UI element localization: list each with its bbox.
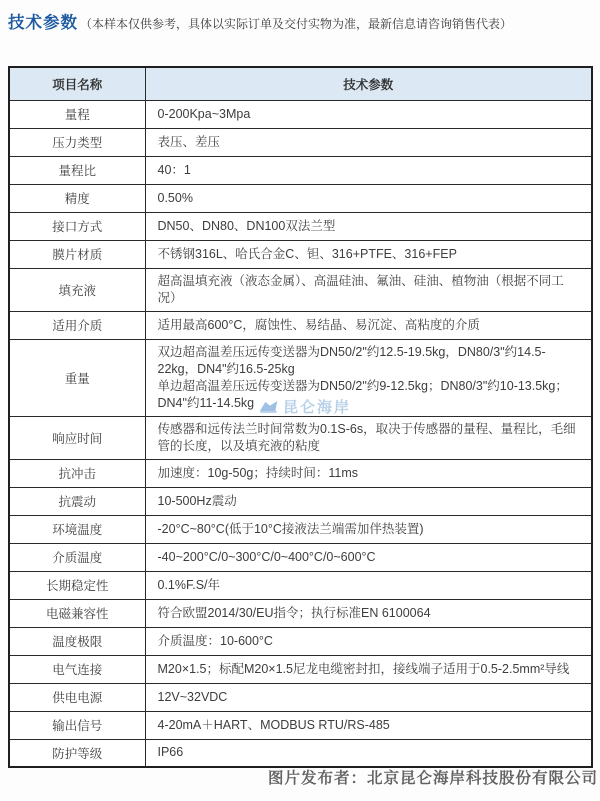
column-header-tech-params: 技术参数 — [145, 67, 592, 100]
spec-item-value: -40~200°C/0~300°C/0~400°C/0~600°C — [145, 543, 592, 571]
table-row: 精度0.50% — [9, 184, 592, 212]
table-row: 抗震动10-500Hz震动 — [9, 487, 592, 515]
spec-item-value: 适用最高600°C，腐蚀性、易结晶、易沉淀、高粘度的介质 — [145, 311, 592, 339]
spec-item-value: 12V~32VDC — [145, 683, 592, 711]
spec-item-value: 表压、差压 — [145, 128, 592, 156]
spec-item-name: 电磁兼容性 — [9, 599, 145, 627]
table-row: 介质温度-40~200°C/0~300°C/0~400°C/0~600°C — [9, 543, 592, 571]
table-row: 压力类型表压、差压 — [9, 128, 592, 156]
spec-item-name: 长期稳定性 — [9, 571, 145, 599]
table-row: 膜片材质不锈钢316L、哈氏合金C、钽、316+PTFE、316+FEP — [9, 240, 592, 268]
page-title: 技术参数 — [8, 14, 78, 32]
spec-item-value: 不锈钢316L、哈氏合金C、钽、316+PTFE、316+FEP — [145, 240, 592, 268]
table-row: 供电电源12V~32VDC — [9, 683, 592, 711]
table-row: 长期稳定性0.1%F.S/年 — [9, 571, 592, 599]
spec-item-name: 响应时间 — [9, 416, 145, 459]
table-header-row: 项目名称 技术参数 — [9, 67, 592, 100]
column-header-item-name: 项目名称 — [9, 67, 145, 100]
spec-item-name: 环境温度 — [9, 515, 145, 543]
table-row: 接口方式DN50、DN80、DN100双法兰型 — [9, 212, 592, 240]
table-row: 防护等级IP66 — [9, 739, 592, 767]
spec-item-value: IP66 — [145, 739, 592, 767]
spec-item-value: -20°C~80°C(低于10°C接液法兰端需加伴热装置) — [145, 515, 592, 543]
table-row: 输出信号4-20mA＋HART、MODBUS RTU/RS-485 — [9, 711, 592, 739]
spec-item-name: 膜片材质 — [9, 240, 145, 268]
spec-item-value: M20×1.5；标配M20×1.5尼龙电缆密封扣，接线端子适用于0.5-2.5m… — [145, 655, 592, 683]
publisher-credit: 图片发布者：北京昆仑海岸科技股份有限公司 — [268, 766, 598, 788]
table-row: 抗冲击加速度：10g-50g；持续时间：11ms — [9, 459, 592, 487]
spec-item-name: 温度极限 — [9, 627, 145, 655]
spec-item-value: 加速度：10g-50g；持续时间：11ms — [145, 459, 592, 487]
spec-item-name: 接口方式 — [9, 212, 145, 240]
spec-table: 项目名称 技术参数 量程0-200Kpa~3Mpa压力类型表压、差压量程比40：… — [8, 66, 593, 768]
table-row: 量程0-200Kpa~3Mpa — [9, 100, 592, 128]
table-row: 适用介质适用最高600°C，腐蚀性、易结晶、易沉淀、高粘度的介质 — [9, 311, 592, 339]
table-row: 电气连接M20×1.5；标配M20×1.5尼龙电缆密封扣，接线端子适用于0.5-… — [9, 655, 592, 683]
spec-sheet-page: 技术参数（本样本仅供参考，具体以实际订单及交付实物为准，最新信息请咨询销售代表）… — [0, 0, 600, 801]
spec-item-value: 0.50% — [145, 184, 592, 212]
page-header: 技术参数（本样本仅供参考，具体以实际订单及交付实物为准，最新信息请咨询销售代表） — [8, 9, 596, 33]
spec-item-value: 0-200Kpa~3Mpa — [145, 100, 592, 128]
page-subtitle: （本样本仅供参考，具体以实际订单及交付实物为准，最新信息请咨询销售代表） — [80, 17, 512, 31]
spec-item-value: 4-20mA＋HART、MODBUS RTU/RS-485 — [145, 711, 592, 739]
table-row: 量程比40：1 — [9, 156, 592, 184]
spec-item-name: 量程 — [9, 100, 145, 128]
spec-item-name: 供电电源 — [9, 683, 145, 711]
spec-item-value: 40：1 — [145, 156, 592, 184]
spec-item-value: 0.1%F.S/年 — [145, 571, 592, 599]
spec-item-value: 双边超高温差压远传变送器为DN50/2"约12.5-19.5kg，DN80/3"… — [145, 339, 592, 416]
table-row: 环境温度-20°C~80°C(低于10°C接液法兰端需加伴热装置) — [9, 515, 592, 543]
spec-item-name: 适用介质 — [9, 311, 145, 339]
spec-item-name: 输出信号 — [9, 711, 145, 739]
spec-item-value: 介质温度：10-600°C — [145, 627, 592, 655]
spec-item-name: 量程比 — [9, 156, 145, 184]
spec-item-name: 填充液 — [9, 268, 145, 311]
spec-item-value: 传感器和远传法兰时间常数为0.1S-6s，取决于传感器的量程、量程比，毛细管的长… — [145, 416, 592, 459]
spec-item-name: 抗震动 — [9, 487, 145, 515]
spec-item-value: 10-500Hz震动 — [145, 487, 592, 515]
spec-item-name: 电气连接 — [9, 655, 145, 683]
table-row: 重量双边超高温差压远传变送器为DN50/2"约12.5-19.5kg，DN80/… — [9, 339, 592, 416]
spec-item-name: 压力类型 — [9, 128, 145, 156]
spec-item-name: 防护等级 — [9, 739, 145, 767]
spec-item-name: 重量 — [9, 339, 145, 416]
table-row: 填充液超高温填充液（液态金属）、高温硅油、氟油、硅油、植物油（根据不同工况） — [9, 268, 592, 311]
table-row: 电磁兼容性符合欧盟2014/30/EU指令；执行标准EN 6100064 — [9, 599, 592, 627]
spec-item-name: 抗冲击 — [9, 459, 145, 487]
spec-item-name: 介质温度 — [9, 543, 145, 571]
spec-item-value: 符合欧盟2014/30/EU指令；执行标准EN 6100064 — [145, 599, 592, 627]
spec-item-value: 超高温填充液（液态金属）、高温硅油、氟油、硅油、植物油（根据不同工况） — [145, 268, 592, 311]
table-row: 响应时间传感器和远传法兰时间常数为0.1S-6s，取决于传感器的量程、量程比，毛… — [9, 416, 592, 459]
table-row: 温度极限介质温度：10-600°C — [9, 627, 592, 655]
spec-item-name: 精度 — [9, 184, 145, 212]
spec-item-value: DN50、DN80、DN100双法兰型 — [145, 212, 592, 240]
